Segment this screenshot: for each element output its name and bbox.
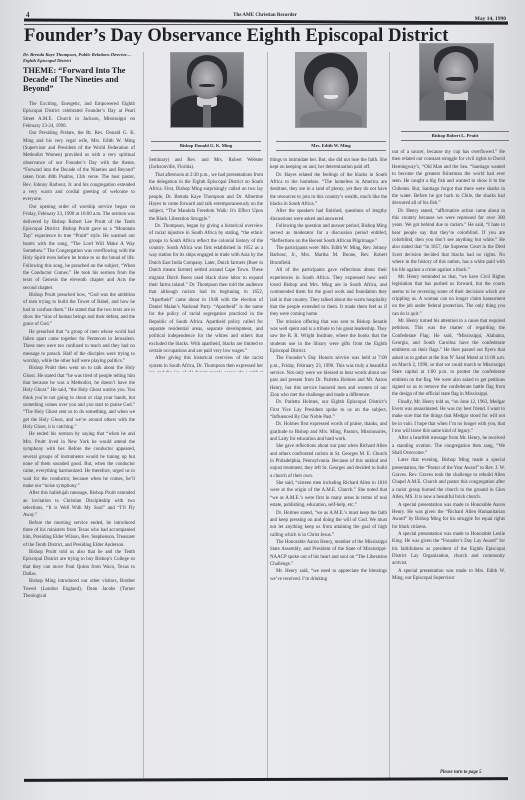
paragraph: That afternoon at 2:30 p.m., we had pres… xyxy=(149,172,263,223)
column-divider xyxy=(389,52,390,778)
photo-caption: Bishop Robert L. Pruitt xyxy=(401,131,509,141)
column-divider xyxy=(143,52,144,778)
portrait-photo-icon xyxy=(295,52,367,128)
paragraph: The Founder’s Day Honors service was hel… xyxy=(270,355,387,399)
paragraph: Dr. Holmes stated, “we as A.M.E.’s must … xyxy=(270,510,387,539)
portrait-photo-icon xyxy=(419,43,494,121)
newspaper-page: 4 The AME Christian Recorder May 14, 199… xyxy=(0,0,525,800)
paragraph: A special presentation was made to Mrs. … xyxy=(392,568,505,583)
column-divider xyxy=(267,52,268,778)
paragraph: Mr. Henry reminded us that, “we have Civ… xyxy=(392,274,505,318)
photo-caption: Bishop Donald G. K. Ming xyxy=(151,141,261,151)
bottom-rule xyxy=(24,777,508,782)
paragraph: After this hallelujah message, Bishop Pr… xyxy=(23,490,135,519)
photo-caption: Mrs. Edith W. Ming xyxy=(276,141,386,151)
paragraph: After the speakers had finished, questio… xyxy=(270,208,387,223)
paragraph: Bishop Ming introduced our other visitor… xyxy=(23,578,135,600)
paragraph: After a heartfelt message from Mr. Henry… xyxy=(392,435,505,457)
paragraph: After giving this historical overview of… xyxy=(149,355,263,372)
article-column-2: Seminary) and Rev. and Mrs. Robert Webst… xyxy=(149,157,263,372)
portrait-photo-icon xyxy=(170,52,244,128)
paragraph: Seminary) and Rev. and Mrs. Robert Webst… xyxy=(149,157,263,172)
paragraph: He preached that “a group of men whose w… xyxy=(23,329,135,366)
headline: Founder’s Day Observance Eighth Episcopa… xyxy=(24,26,449,47)
paragraph: Dr. Henry stated, “affirmative action ca… xyxy=(392,208,505,274)
paragraph: things to intimidate her. But, she did n… xyxy=(270,157,387,172)
paragraph: The Exciting, Energetic, and Empowered E… xyxy=(23,101,135,130)
paragraph: He ended his sermon by saying that “when… xyxy=(23,431,135,490)
paragraph: Dr. Holmes first expressed words of prai… xyxy=(270,421,387,443)
paragraph: The participants were: Mrs. Edith W. Min… xyxy=(270,245,387,267)
paragraph: Dr. Thompson, began by giving a historic… xyxy=(149,223,263,355)
paragraph: Bishop Pruitt then went on to talk about… xyxy=(23,365,135,431)
article-column-1: The Exciting, Energetic, and Empowered E… xyxy=(23,101,135,770)
paragraph: Mr. Henry turned his attention to a caus… xyxy=(392,318,505,399)
paragraph: Later that evening, Bishop Ming made a s… xyxy=(392,457,505,501)
byline: Dr. Brenda Kaye Thompson, Public Relatio… xyxy=(23,52,135,64)
paragraph: Dr. Parletta Holmes, our Eighth Episcopa… xyxy=(270,399,387,421)
top-rule-thin xyxy=(24,24,508,25)
paragraph: Bishop Pruitt preached how, “God was the… xyxy=(23,292,135,329)
paragraph: All of the participants gave reflections… xyxy=(270,267,387,318)
article-column-3: things to intimidate her. But, she did n… xyxy=(270,157,387,770)
paragraph: out of a saucer, because my cup has over… xyxy=(392,149,505,208)
paragraph: Following the question and answer period… xyxy=(270,223,387,245)
paragraph: A special presentation was made to Honor… xyxy=(392,502,505,531)
article-column-4: out of a saucer, because my cup has over… xyxy=(392,149,505,770)
paragraph: Bishop Pruitt told us also that he and t… xyxy=(23,549,135,578)
paragraph: She gave reflections about our past when… xyxy=(270,443,387,480)
paragraph: Our opening order of worship service beg… xyxy=(23,204,135,292)
publication-name: The AME Christian Recorder xyxy=(24,13,506,18)
paragraph: Dr. Hayes related the feelings of the bl… xyxy=(270,172,387,209)
paragraph: Before the morning service ended, he int… xyxy=(23,520,135,549)
paragraph: Finally, Mr. Henry told us, “on June 12,… xyxy=(392,399,505,436)
paragraph: Our Presiding Prelate, the Rt. Rev. Dona… xyxy=(23,130,135,203)
theme-heading: THEME: “Forward Into The Decade of The N… xyxy=(23,66,135,93)
paragraph: A special presentation was made to Honor… xyxy=(392,531,505,568)
paragraph: The Honorable Aaron Henry, member of the… xyxy=(270,539,387,568)
paragraph: She said, “sixteen men including Richard… xyxy=(270,480,387,509)
paragraph: The mission offering that was sent to Bi… xyxy=(270,319,387,356)
paragraph: Mr. Henry said, “we need to appreciate t… xyxy=(270,568,387,583)
continuation-link[interactable]: Please turn to page 5 xyxy=(440,770,482,775)
